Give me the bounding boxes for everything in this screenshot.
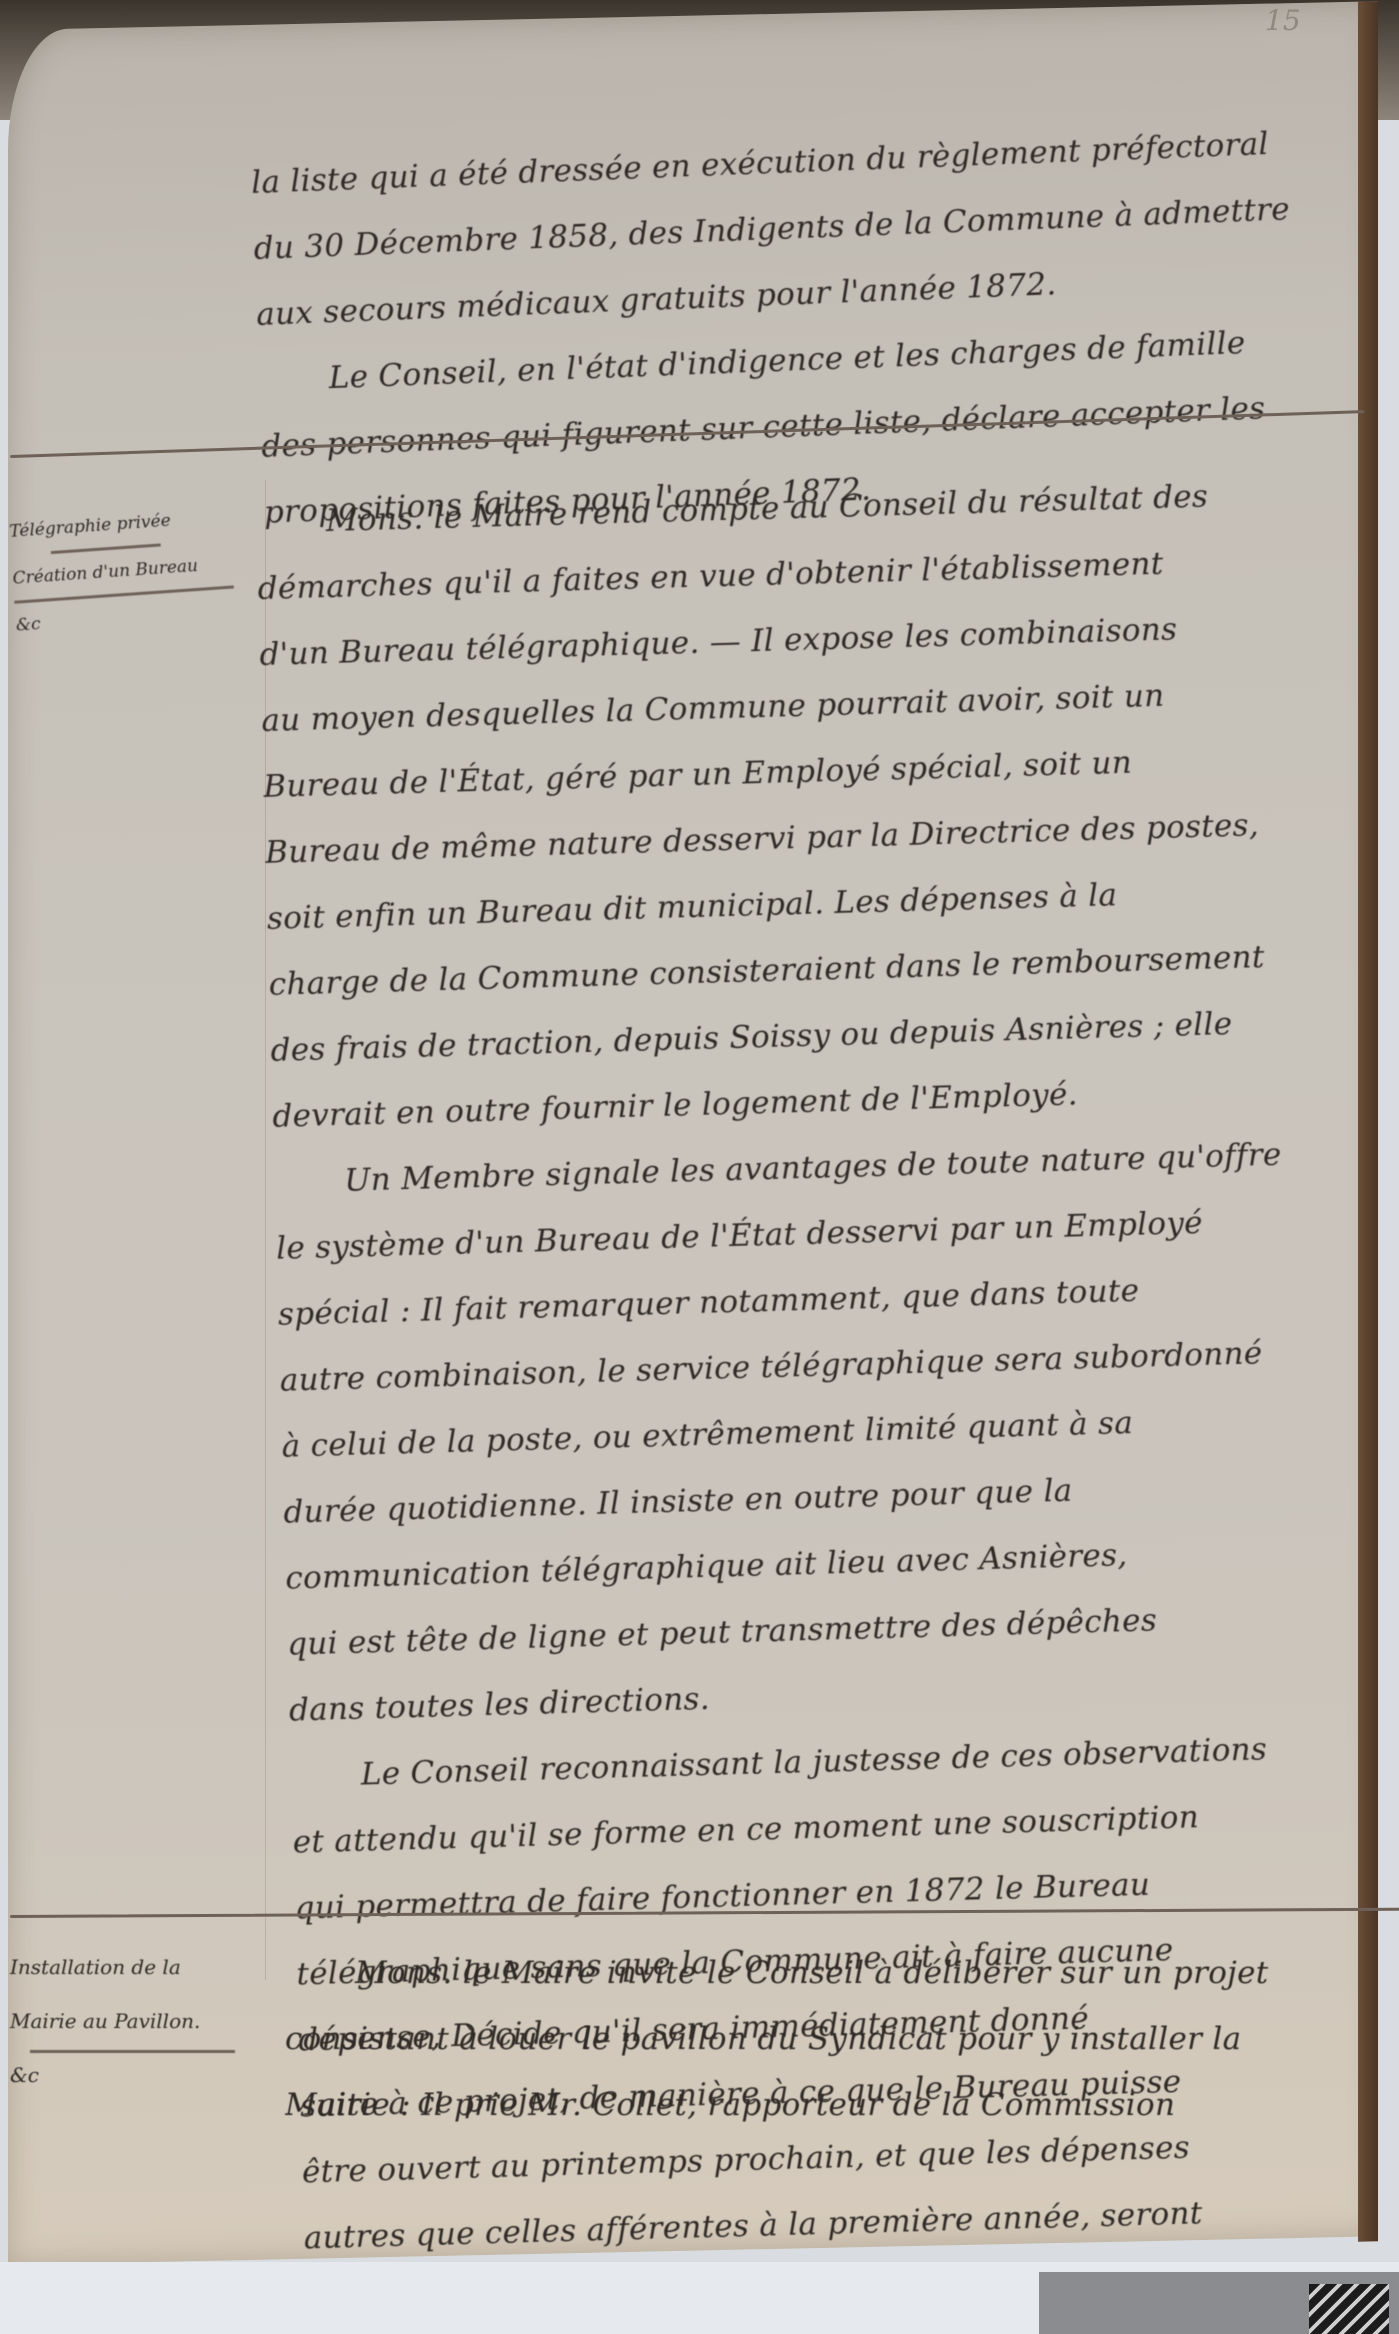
- margin-note-line: &c: [10, 2055, 235, 2095]
- margin-note-line: Installation de la: [10, 1940, 235, 1994]
- text-line: Mairie : Il prie Mr. Collet, rapporteur …: [285, 2072, 1268, 2138]
- margin-underline: [30, 2050, 235, 2053]
- page-edge-binding: [1358, 1, 1378, 2241]
- page-number: 15: [1265, 4, 1301, 37]
- text-line: Mons. le Maire invite le Conseil à délib…: [285, 1940, 1268, 2006]
- background-cord: [1309, 2284, 1389, 2334]
- margin-note-telegraphie: Télégraphie privée Création d'un Bureau …: [8, 497, 237, 646]
- text-line: consistant à louer le pavillon du Syndic…: [285, 2006, 1268, 2072]
- background-table-surface: [0, 2262, 1399, 2334]
- margin-note-line: Mairie au Pavillon.: [10, 1994, 235, 2048]
- margin-note-mairie: Installation de la Mairie au Pavillon. &…: [10, 1940, 235, 2095]
- section-mairie: Mons. le Maire invite le Conseil à délib…: [285, 1940, 1268, 2138]
